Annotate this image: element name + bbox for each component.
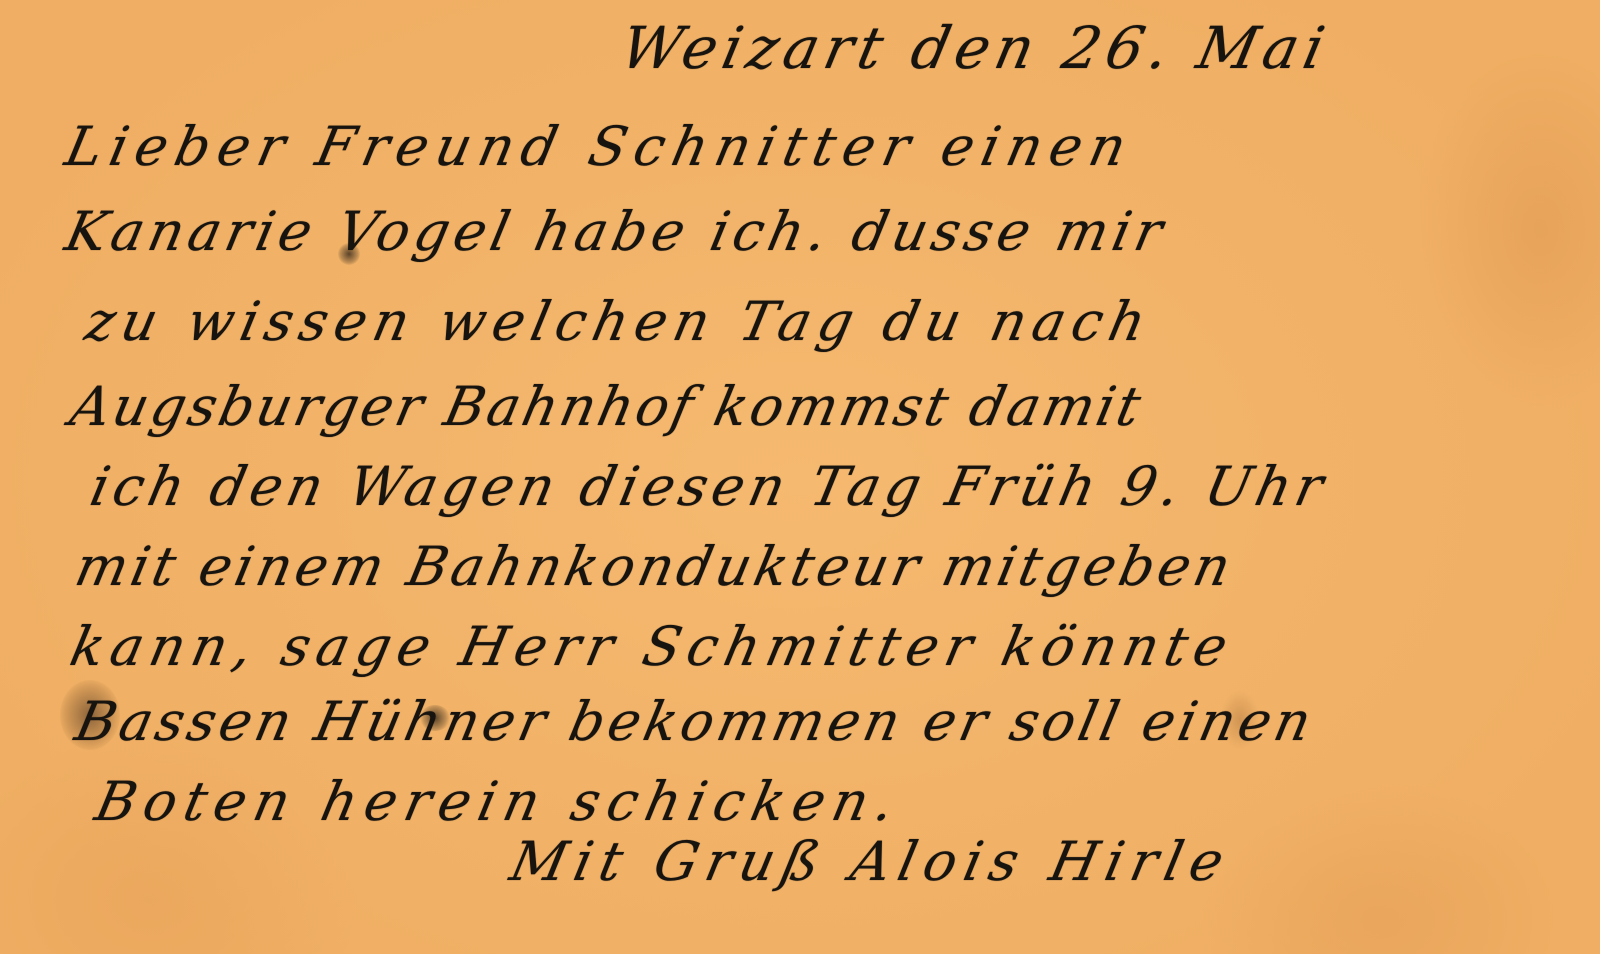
letter-line-8: Bassen Hühner bekommen er soll einen xyxy=(70,690,1321,753)
letter-line-7: kann, sage Herr Schmitter könnte xyxy=(65,615,1240,678)
letter-line-2: Kanarie Vogel habe ich. dusse mir xyxy=(60,200,1173,263)
letter-line-3: zu wissen welchen Tag du nach xyxy=(80,290,1158,353)
letter-line-1: Lieber Freund Schnitter einen xyxy=(60,115,1140,178)
letter-line-5: ich den Wagen diesen Tag Früh 9. Uhr xyxy=(85,455,1334,518)
date-line: Weizart den 26. Mai xyxy=(615,14,1336,82)
letter-line-4: Augsburger Bahnhof kommst damit xyxy=(65,375,1149,438)
letter-paper: Weizart den 26. Mai Lieber Freund Schnit… xyxy=(0,0,1600,954)
signature-closing: Mit Gruß Alois Hirle xyxy=(505,830,1237,893)
letter-line-9: Boten herein schicken. xyxy=(90,770,908,833)
letter-line-6: mit einem Bahnkondukteur mitgeben xyxy=(70,535,1240,598)
